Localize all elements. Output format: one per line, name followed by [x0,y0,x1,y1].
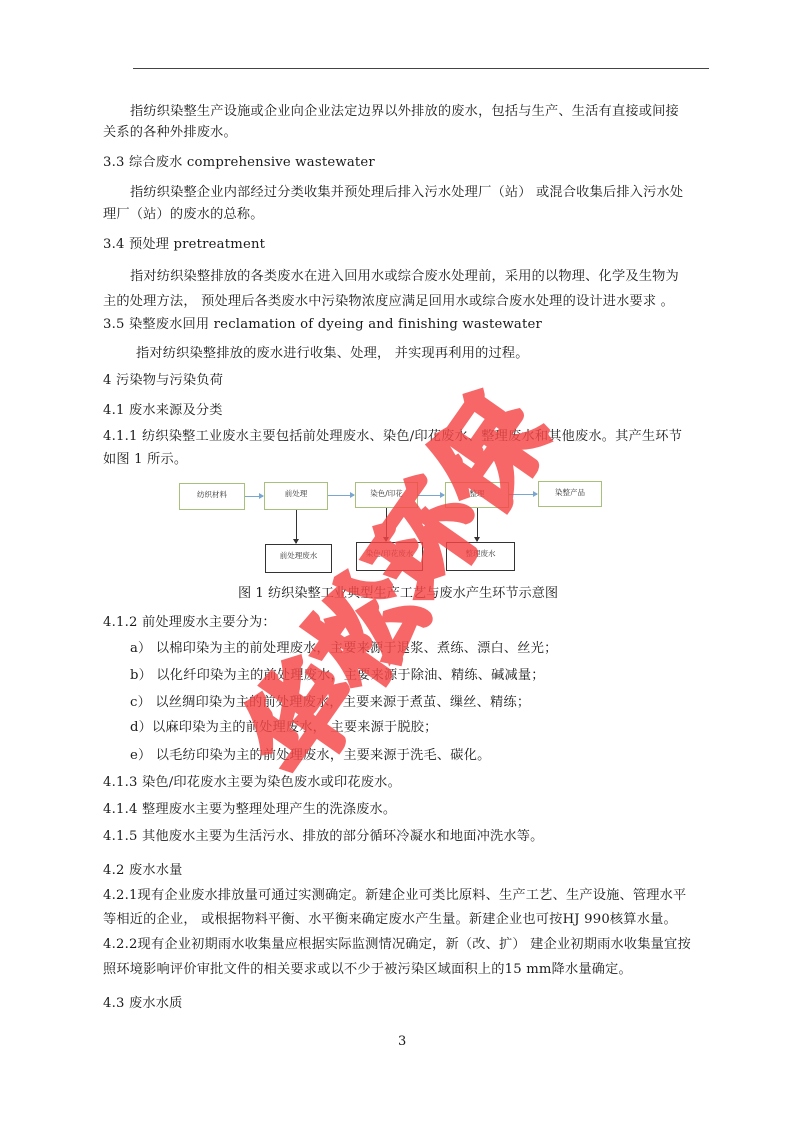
waste-arrow-icon [386,508,387,541]
paragraph-line: 照环境影响评价审批文件的相关要求或以不少于被污染区域面积上的15 mm降水量确定… [103,961,632,979]
process-box-textile-material: 纺织材料 [179,483,245,510]
section-heading-4-2: 4.2 废水水量 [103,862,183,880]
paragraph-line: 4.2.1现有企业废水排放量可通过实测确定。新建企业可类比原料、生产工艺、生产设… [103,887,686,905]
process-box-pretreatment: 前处理 [264,482,328,510]
wastewater-box-finishing: 整理废水 [446,542,515,571]
wastewater-box-pretreatment: 前处理废水 [265,544,332,573]
process-box-dyeing-printing: 染色/印花 [355,482,418,508]
list-item: d）以麻印染为主的前处理废水， 主要来源于脱胶； [130,719,438,737]
section-heading-4-3: 4.3 废水水质 [103,995,183,1013]
document-page: 指纺织染整生产设施或企业向企业法定边界以外排放的废水，包括与生产、生活有直接或间… [0,0,800,1131]
figure-caption: 图 1 纺织染整工业典型生产工艺与废水产生环节示意图 [238,582,558,601]
list-item: b） 以化纤印染为主的前处理废水，主要来源于除油、精练、碱减量； [130,667,545,685]
waste-arrow-icon [296,510,297,543]
wastewater-box-dyeing-printing: 染色/印花废水 [356,542,423,571]
list-item: a） 以棉印染为主的前处理废水，主要来源于退浆、煮练、漂白、丝光； [130,640,557,658]
paragraph-line: 4.1.3 染色/印花废水主要为染色废水或印花废水。 [103,774,401,792]
paragraph-line: 4.1.4 整理废水主要为整理处理产生的洗涤废水。 [103,801,396,819]
process-box-finished-product: 染整产品 [538,481,602,507]
flow-arrow-icon [328,495,354,496]
paragraph-line: 4.2.2现有企业初期雨水收集量应根据实际监测情况确定，新（改、扩） 建企业初期… [103,936,691,954]
paragraph-line: 4.1.5 其他废水主要为生活污水、排放的部分循环冷凝水和地面冲洗水等。 [103,828,544,846]
page-number: 3 [398,1034,406,1049]
waste-arrow-icon [477,508,478,541]
flow-arrow-icon [245,496,263,497]
process-box-finishing: 整理 [445,482,509,508]
paragraph-line: 4.1.2 前处理废水主要分为： [103,614,276,632]
flow-arrow-icon [418,495,444,496]
list-item: c） 以丝绸印染为主的前处理废水，主要来源于煮茧、缫丝、精练； [130,694,530,712]
paragraph-line: 等相近的企业， 或根据物料平衡、水平衡来确定废水产生量。新建企业也可按HJ 99… [103,911,677,929]
list-item: e） 以毛纺印染为主的前处理废水，主要来源于洗毛、碳化。 [130,747,490,765]
flow-arrow-icon [509,494,537,495]
